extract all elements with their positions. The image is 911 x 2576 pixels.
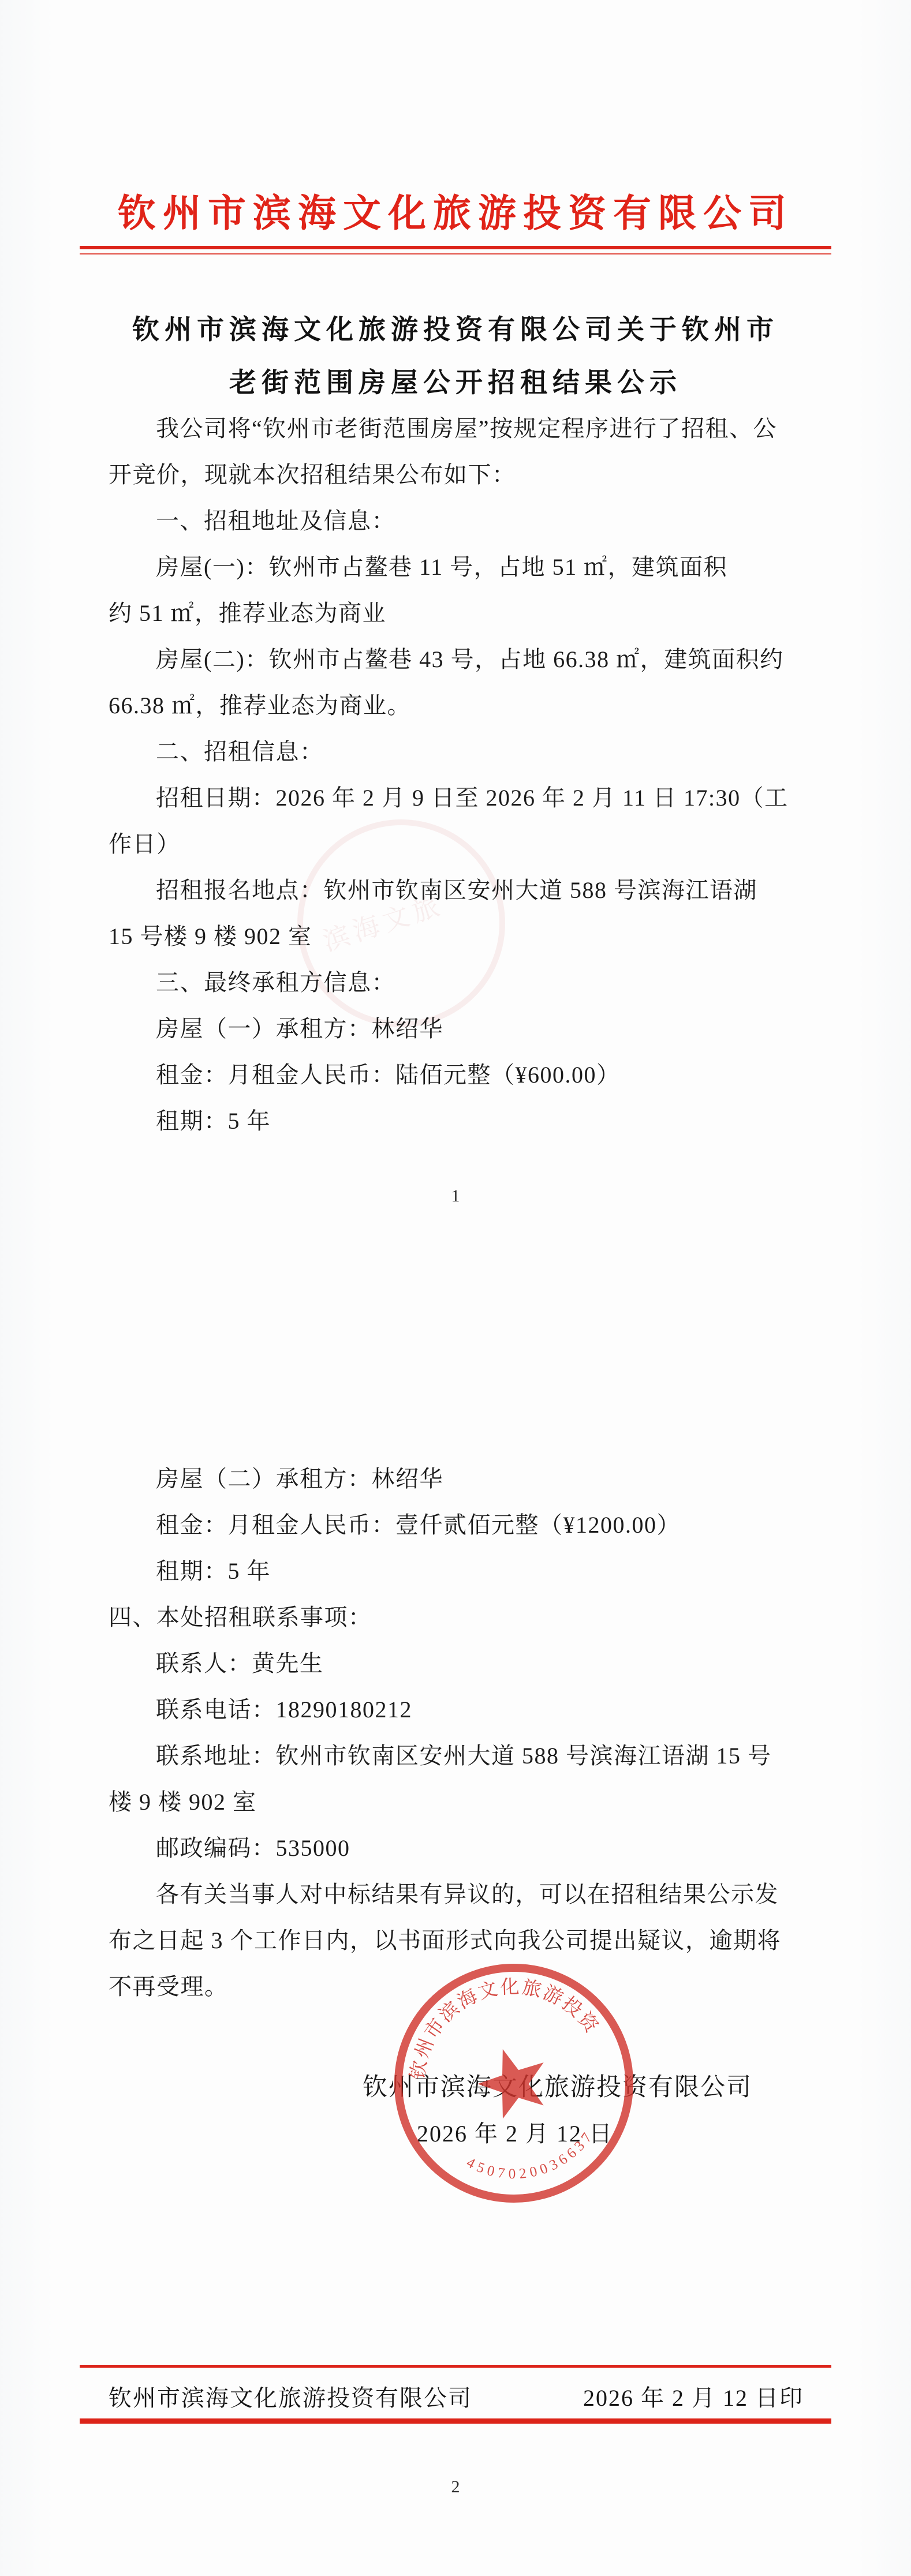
document-line: 15 号楼 9 楼 902 室 (109, 913, 807, 960)
document-line: 联系人：黄先生 (109, 1641, 807, 1687)
document-line: 开竞价，现就本次招租结果公布如下： (109, 452, 807, 498)
document-line: 各有关当事人对中标结果有异议的，可以在招租结果公示发 (109, 1871, 807, 1918)
document-line: 房屋(一)：钦州市占鳌巷 11 号，占地 51 ㎡，建筑面积 (109, 544, 807, 590)
signature-company: 钦州市滨海文化旅游投资有限公司 (363, 2068, 752, 2103)
document-line: 布之日起 3 个工作日内，以书面形式向我公司提出疑议，逾期将 (109, 1918, 807, 1964)
document-title-line2: 老街范围房屋公开招租结果公示 (0, 357, 911, 410)
page1-number: 1 (0, 1186, 911, 1206)
document-title: 钦州市滨海文化旅游投资有限公司关于钦州市 老街范围房屋公开招租结果公示 (0, 304, 911, 410)
document-line: 邮政编码：535000 (109, 1825, 807, 1871)
letterhead-company-title: 钦州市滨海文化旅游投资有限公司 (0, 182, 911, 237)
scanned-document: 钦州市滨海文化旅游投资有限公司 钦州市滨海文化旅游投资有限公司关于钦州市 老街范… (0, 0, 911, 2576)
document-line: 四、本处招租联系事项： (109, 1594, 807, 1641)
document-line: 房屋（一）承租方：林绍华 (109, 1006, 807, 1052)
letterhead-rule-thin (80, 253, 831, 254)
document-line: 约 51 ㎡，推荐业态为商业 (109, 590, 807, 636)
footer-company: 钦州市滨海文化旅游投资有限公司 (109, 2380, 472, 2413)
document-line: 不再受理。 (109, 1964, 807, 2010)
document-title-line1: 钦州市滨海文化旅游投资有限公司关于钦州市 (0, 304, 911, 357)
document-line: 二、招租信息： (109, 729, 807, 775)
document-line: 招租日期：2026 年 2 月 9 日至 2026 年 2 月 11 日 17:… (109, 775, 807, 821)
document-line: 三、最终承租方信息： (109, 960, 807, 1006)
document-line: 租期：5 年 (109, 1098, 807, 1144)
document-line: 联系地址：钦州市钦南区安州大道 588 号滨海江语湖 15 号 (109, 1733, 807, 1779)
footer-rule-bottom (80, 2418, 831, 2424)
document-line: 楼 9 楼 902 室 (109, 1779, 807, 1825)
document-line: 房屋(二)：钦州市占鳌巷 43 号，占地 66.38 ㎡，建筑面积约 (109, 636, 807, 683)
document-line: 66.38 ㎡，推荐业态为商业。 (109, 683, 807, 729)
page2-number: 2 (0, 2477, 911, 2497)
page2-body: 房屋（二）承租方：林绍华租金：月租金人民币：壹仟贰佰元整（¥1200.00）租期… (109, 1456, 807, 2010)
footer-rule-top (80, 2365, 831, 2368)
footer-row: 钦州市滨海文化旅游投资有限公司 2026 年 2 月 12 日印 (109, 2380, 804, 2413)
document-line: 招租报名地点：钦州市钦南区安州大道 588 号滨海江语湖 (109, 867, 807, 913)
document-line: 作日） (109, 821, 807, 867)
page1-body: 我公司将“钦州市老街范围房屋”按规定程序进行了招租、公开竞价，现就本次招租结果公… (109, 406, 807, 1144)
document-line: 联系电话：18290180212 (109, 1687, 807, 1733)
signature-date: 2026 年 2 月 12 日 (417, 2116, 613, 2148)
document-line: 租金：月租金人民币：陆佰元整（¥600.00） (109, 1052, 807, 1098)
document-line: 一、招租地址及信息： (109, 498, 807, 544)
letterhead-rule-thick (80, 246, 831, 249)
document-line: 房屋（二）承租方：林绍华 (109, 1456, 807, 1502)
document-line: 我公司将“钦州市老街范围房屋”按规定程序进行了招租、公 (109, 406, 807, 452)
document-line: 租金：月租金人民币：壹仟贰佰元整（¥1200.00） (109, 1502, 807, 1548)
footer-print-date: 2026 年 2 月 12 日印 (583, 2380, 804, 2413)
document-line: 租期：5 年 (109, 1548, 807, 1594)
